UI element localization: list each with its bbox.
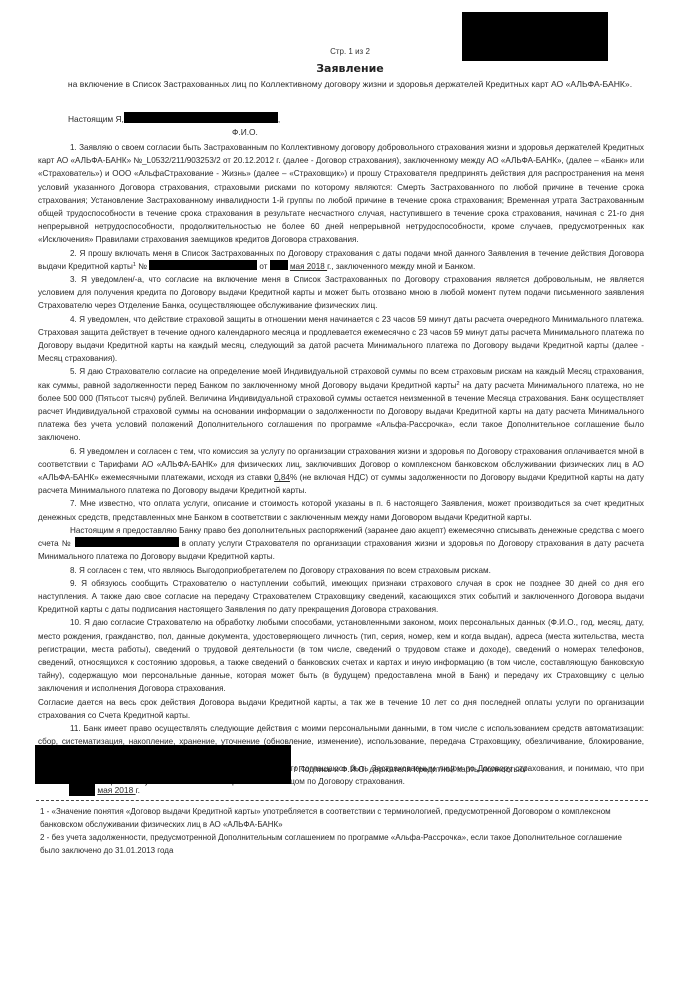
paragraph-8: 8. Я согласен с тем, что являюсь Выгодоп… xyxy=(38,564,644,577)
document-body: 1. Заявляю о своем согласии быть Застрах… xyxy=(38,141,644,788)
footnote-2: 2 - без учета задолженности, предусмотре… xyxy=(40,832,640,857)
redacted-signature xyxy=(35,745,291,784)
contract-date: мая 2018 xyxy=(290,262,327,271)
paragraph-3: 3. Я уведомлен/-а, что согласие на включ… xyxy=(38,273,644,313)
paragraph-4: 4. Я уведомлен, что действие страховой з… xyxy=(38,313,644,366)
redacted-contract-day xyxy=(270,260,288,270)
signature-label: / Подпись и Ф.И.О. держателя Кредитной к… xyxy=(294,764,527,774)
document-subtitle: на включение в Список Застрахованных лиц… xyxy=(60,78,640,91)
paragraph-1: 1. Заявляю о своем согласии быть Застрах… xyxy=(38,141,644,247)
footnote-1: 1 - «Значение понятия «Договор выдачи Кр… xyxy=(40,806,640,831)
signature-date-line: мая 2018 г. xyxy=(69,783,140,796)
document-title: Заявление xyxy=(0,62,700,75)
redacted-applicant-name xyxy=(124,112,278,123)
footnote-separator xyxy=(36,800,648,801)
document-page: Стр. 1 из 2 Заявление на включение в Спи… xyxy=(0,0,700,989)
commission-rate: 0,84 xyxy=(274,473,290,482)
paragraph-10: 10. Я даю согласие Страхователю на обраб… xyxy=(38,616,644,695)
redacted-card-contract-number xyxy=(149,260,257,270)
paragraph-7-acceptance: Настоящим я предоставляю Банку право без… xyxy=(38,524,644,564)
redacted-account-number xyxy=(75,537,179,547)
paragraph-9: 9. Я обязуюсь сообщить Страхователю о на… xyxy=(38,577,644,617)
applicant-intro: Настоящим Я, xyxy=(68,114,124,124)
paragraph-7: 7. Мне известно, что оплата услуги, опис… xyxy=(38,497,644,523)
signature-date: мая 2018 xyxy=(97,785,135,795)
paragraph-2: 2. Я прошу включать меня в Список Застра… xyxy=(38,247,644,273)
paragraph-5: 5. Я даю Страхователю согласие на опреде… xyxy=(38,365,644,444)
page-number: Стр. 1 из 2 xyxy=(0,47,700,56)
fio-label: Ф.И.О. xyxy=(232,127,258,137)
paragraph-10-consent-term: Согласие дается на весь срок действия До… xyxy=(38,696,644,722)
applicant-line: Настоящим Я,, xyxy=(68,112,280,124)
paragraph-6: 6. Я уведомлен и согласен с тем, что ком… xyxy=(38,445,644,498)
redacted-signature-day xyxy=(69,783,95,796)
